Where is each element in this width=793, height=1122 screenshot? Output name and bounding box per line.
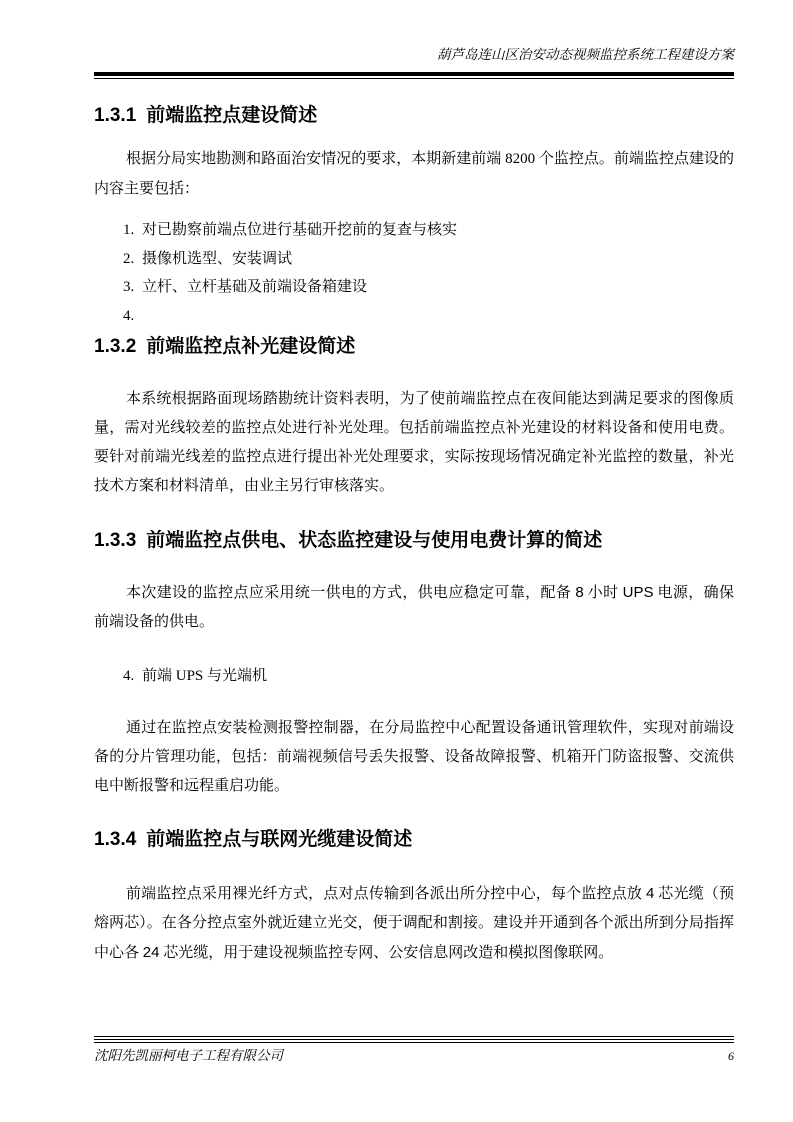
list-item-text: 立杆、立杆基础及前端设备箱建设 bbox=[142, 279, 367, 295]
page-footer: 沈阳先凯丽柯电子工程有限公司 6 bbox=[94, 1036, 734, 1065]
heading-number: 1.3.2 bbox=[94, 336, 136, 357]
heading-title: 前端监控点供电、状态监控建设与使用电费计算的简述 bbox=[146, 530, 602, 551]
section-heading-1-3-1: 1.3.1前端监控点建设简述 bbox=[94, 103, 734, 129]
text-run-acronym: UPS bbox=[623, 584, 654, 601]
list-item: 1.对已勘察前端点位进行基础开挖前的复查与核实 bbox=[94, 216, 734, 245]
heading-number: 1.3.3 bbox=[94, 530, 136, 551]
header-rule bbox=[94, 72, 734, 79]
document-body: 1.3.1前端监控点建设简述 根据分局实地勘测和路面治安情况的要求，本期新建前端… bbox=[94, 79, 734, 968]
paragraph-alarm-1-3-3: 通过在监控点安装检测报警控制器，在分局监控中心配置设备通讯管理软件，实现对前端设… bbox=[94, 714, 734, 801]
footer-rule-line bbox=[94, 1039, 734, 1040]
paragraph-intro-1-3-1: 根据分局实地勘测和路面治安情况的要求，本期新建前端 8200 个监控点。前端监控… bbox=[94, 144, 734, 204]
page-number: 6 bbox=[728, 1048, 734, 1065]
page-margins: 葫芦岛连山区治安动态视频监控系统工程建设方案 1.3.1前端监控点建设简述 根据… bbox=[0, 0, 793, 968]
heading-number: 1.3.4 bbox=[94, 829, 136, 850]
footer-rule-line bbox=[94, 1036, 734, 1037]
heading-title: 前端监控点补光建设简述 bbox=[146, 336, 355, 357]
text-run: 芯光缆，用于建设视频监控专网、公安信息网改造和模拟图像联网。 bbox=[159, 945, 613, 961]
list-item: 2.摄像机选型、安装调试 bbox=[94, 245, 734, 274]
document-page: 葫芦岛连山区治安动态视频监控系统工程建设方案 1.3.1前端监控点建设简述 根据… bbox=[0, 0, 793, 1122]
footer-text-row: 沈阳先凯丽柯电子工程有限公司 6 bbox=[94, 1047, 734, 1065]
list-item-text: 摄像机选型、安装调试 bbox=[142, 251, 292, 267]
list-item-marker: 3. bbox=[123, 273, 142, 302]
section-heading-1-3-2: 1.3.2前端监控点补光建设简述 bbox=[94, 334, 734, 360]
text-run: 前端监控点采用裸光纤方式，点对点传输到各派出所分控中心，每个监控点放 bbox=[126, 886, 646, 902]
paragraph-1-3-2: 本系统根据路面现场踏勘统计资料表明，为了使前端监控点在夜间能达到满足要求的图像质… bbox=[94, 385, 734, 501]
list-item-text: 对已勘察前端点位进行基础开挖前的复查与核实 bbox=[142, 222, 457, 238]
text-run: 本次建设的监控点应采用统一供电的方式，供电应稳定可靠，配备 bbox=[126, 585, 575, 601]
heading-title: 前端监控点建设简述 bbox=[146, 105, 317, 126]
list-item-marker: 4. bbox=[123, 302, 142, 331]
list-item: 3.立杆、立杆基础及前端设备箱建设 bbox=[94, 273, 734, 302]
header-doc-title: 葫芦岛连山区治安动态视频监控系统工程建设方案 bbox=[94, 0, 734, 63]
footer-rule bbox=[94, 1036, 734, 1043]
list-item-ups: 4.前端 UPS 与光端机 bbox=[94, 662, 734, 691]
list-item-text: 前端 UPS 与光端机 bbox=[142, 668, 267, 684]
footer-company-name: 沈阳先凯丽柯电子工程有限公司 bbox=[94, 1047, 283, 1064]
section-heading-1-3-3: 1.3.3前端监控点供电、状态监控建设与使用电费计算的简述 bbox=[94, 528, 734, 554]
text-run-number: 24 bbox=[143, 944, 160, 961]
footer-rule-line bbox=[94, 1042, 734, 1043]
list-item-marker: 4. bbox=[123, 662, 142, 691]
heading-title: 前端监控点与联网光缆建设简述 bbox=[146, 829, 412, 850]
heading-number: 1.3.1 bbox=[94, 105, 136, 126]
text-run: 小时 bbox=[584, 585, 623, 601]
list-item: 4. bbox=[94, 302, 734, 331]
paragraph-power-supply-1-3-3: 本次建设的监控点应采用统一供电的方式，供电应稳定可靠，配备 8 小时 UPS 电… bbox=[94, 578, 734, 637]
text-run-number: 8 bbox=[575, 584, 583, 601]
section-heading-1-3-4: 1.3.4前端监控点与联网光缆建设简述 bbox=[94, 827, 734, 853]
ordered-list-1-3-1: 1.对已勘察前端点位进行基础开挖前的复查与核实 2.摄像机选型、安装调试 3.立… bbox=[94, 216, 734, 330]
list-item-marker: 2. bbox=[123, 245, 142, 274]
header-rule-thick-line bbox=[94, 72, 734, 76]
paragraph-fiber-1-3-4: 前端监控点采用裸光纤方式，点对点传输到各派出所分控中心，每个监控点放 4 芯光缆… bbox=[94, 879, 734, 968]
list-item-marker: 1. bbox=[123, 216, 142, 245]
